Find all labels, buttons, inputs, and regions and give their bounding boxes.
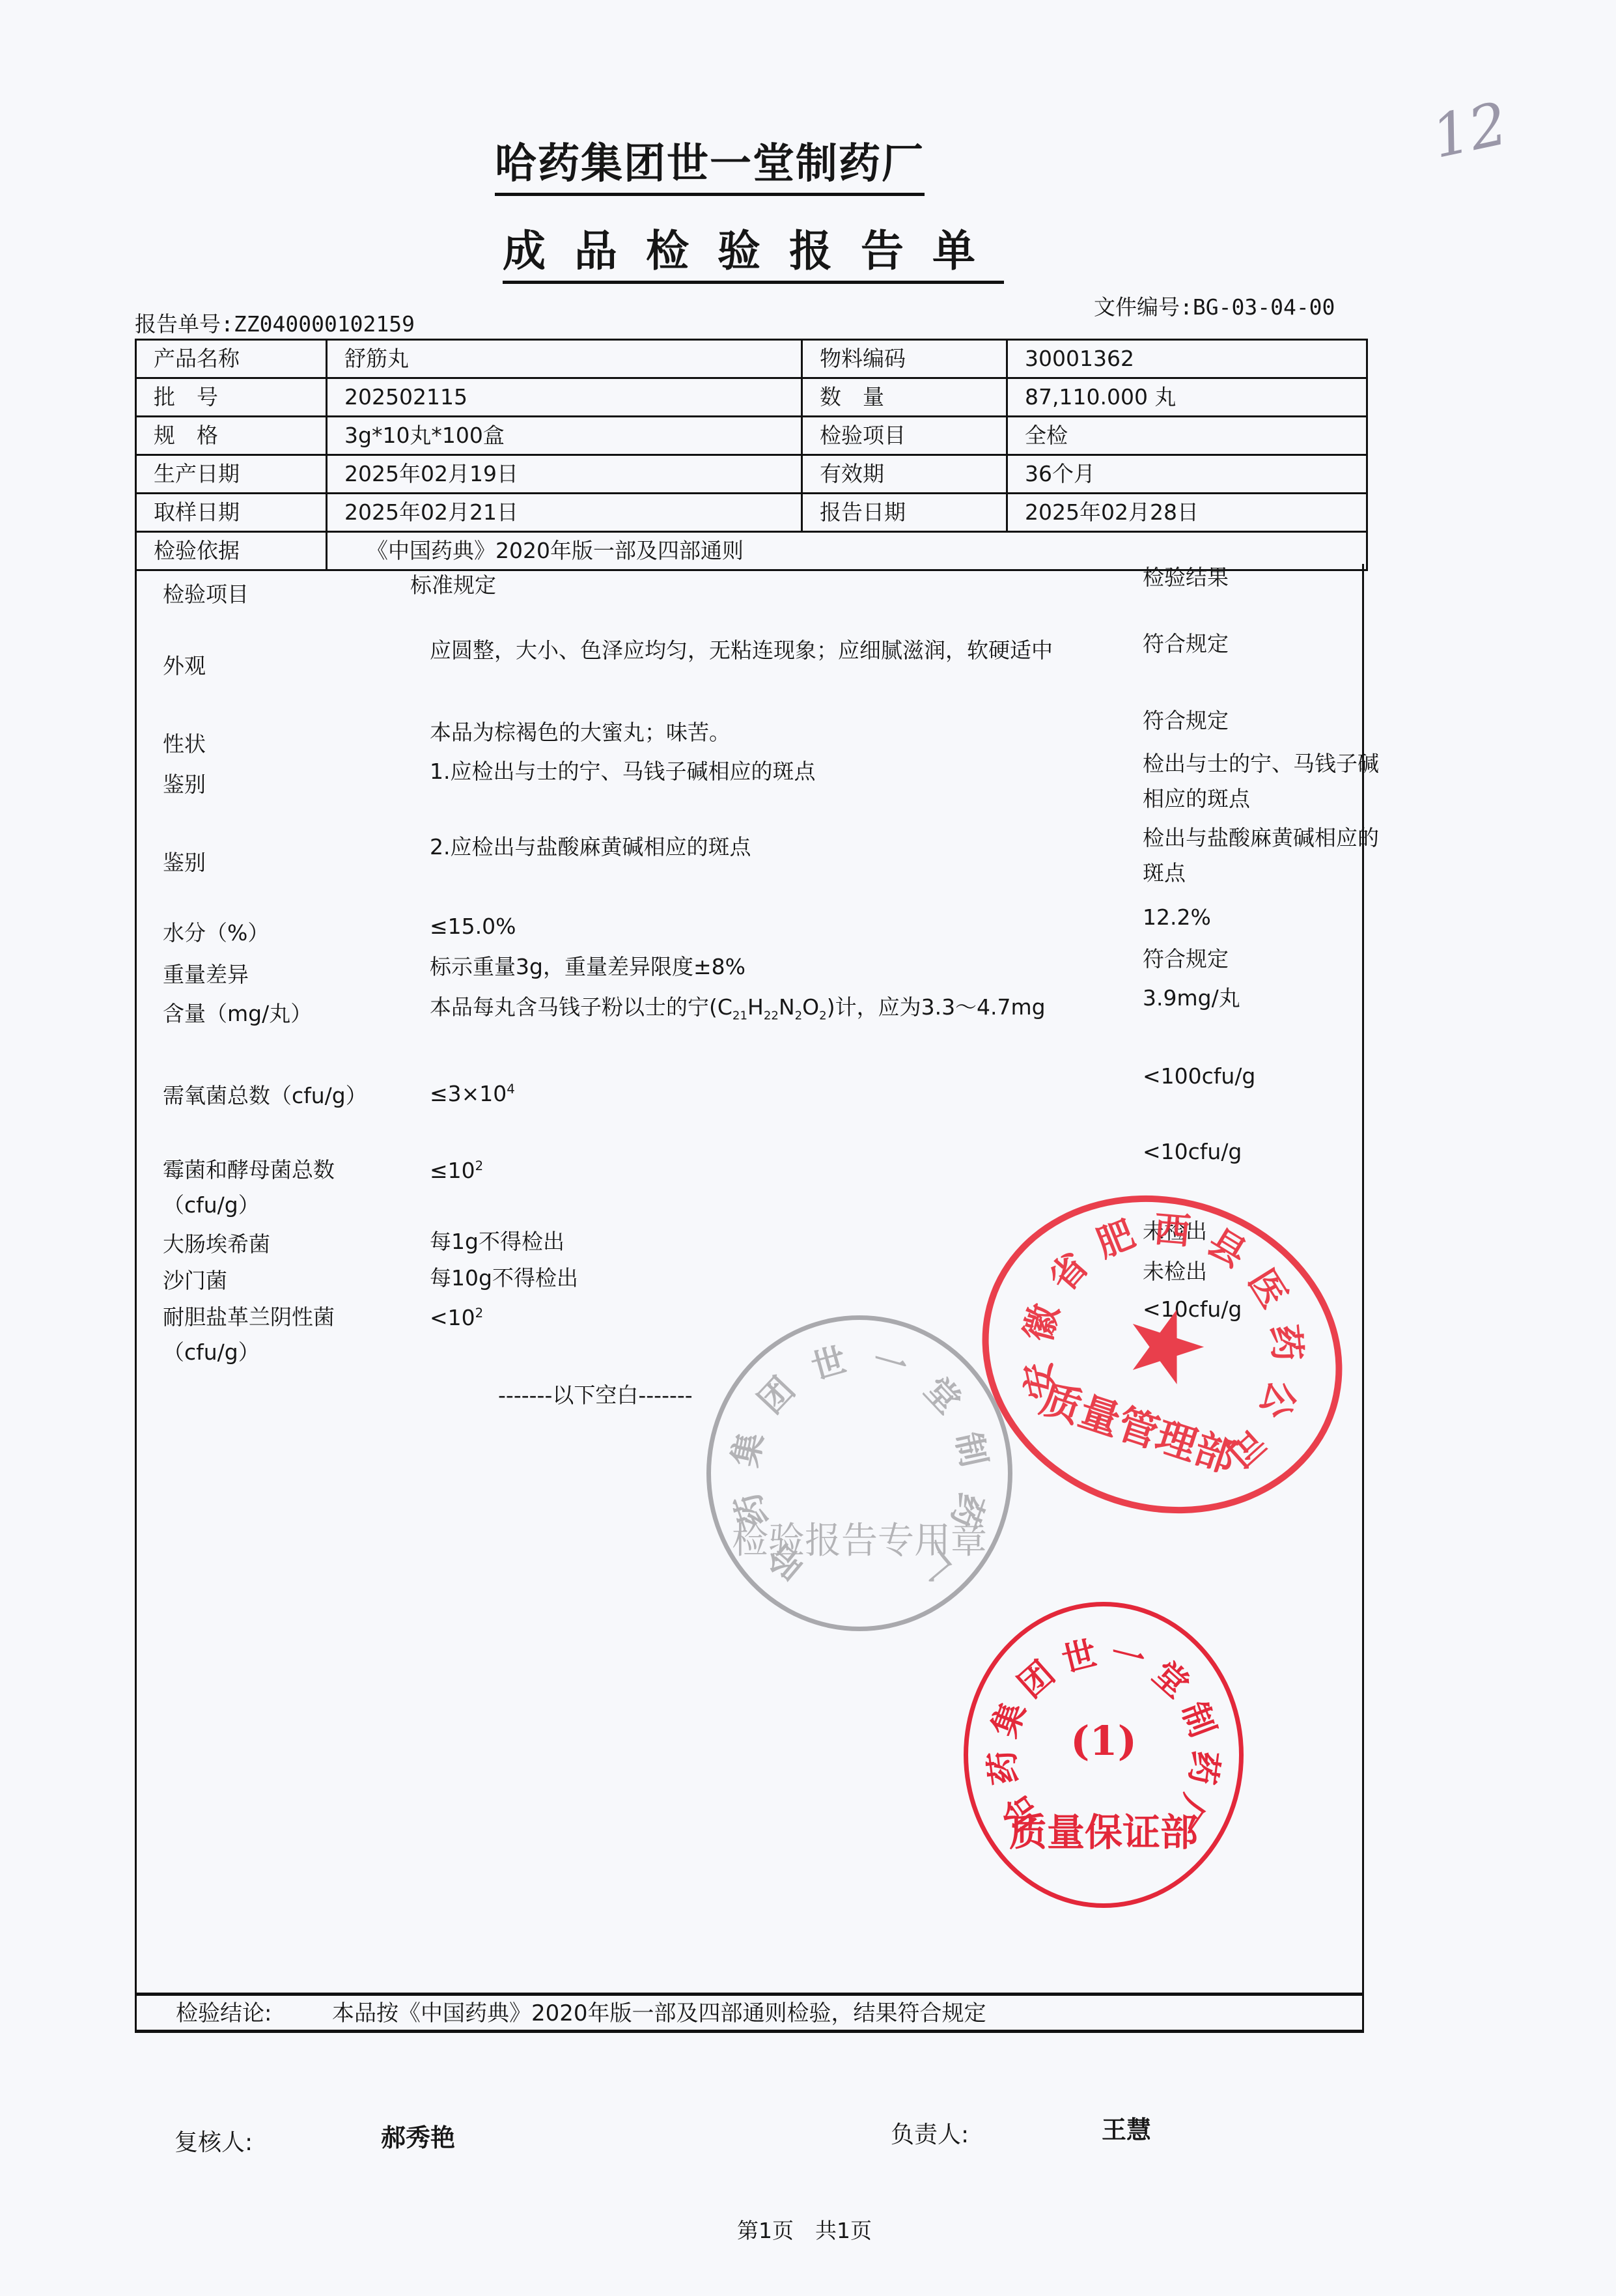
test-standard-assay: 本品每丸含马钱子粉以士的宁(C21H22N2O2)计，应为3.3～4.7mg [430,990,1081,1034]
label-shelf-life: 有效期 [803,456,1008,492]
label-production-date: 生产日期 [137,456,327,492]
value-batch-no: 202502115 [327,379,803,415]
label-sampling-date: 取样日期 [137,494,327,531]
test-standard-character: 本品为棕褐色的大蜜丸；味苦。 [430,715,1087,750]
value-quantity: 87,110.000 丸 [1008,379,1366,415]
inspection-report-seal: 哈药集团世一堂制药厂 检验报告专用章 [706,1315,1012,1631]
test-item-e-coli: 大肠埃希菌 [163,1227,378,1262]
label-batch-no: 批 号 [137,379,327,415]
column-header-result: 检验结果 [1143,560,1384,595]
label-material-code: 物料编码 [803,341,1008,377]
seal-ring-char: 团 [1005,1647,1063,1707]
info-row-sampling-date: 取样日期 2025年02月21日 报告日期 2025年02月28日 [137,494,1366,533]
info-row-product: 产品名称 舒筋丸 物料编码 30001362 [137,341,1366,379]
value-production-date: 2025年02月19日 [327,456,803,492]
conclusion-label: 检验结论: [176,1996,272,2031]
value-sampling-date: 2025年02月21日 [327,494,803,531]
test-standard-appearance: 应圆整，大小、色泽应均匀，无粘连现象；应细腻滋润，软硬适中 [430,633,1081,668]
label-specification: 规 格 [137,417,327,454]
mold-limit-base: ≤10 [430,1158,475,1183]
seal-ring-text: 哈药集团世一堂制药厂 [711,1320,1008,1627]
seal-ring-char: 医 [1238,1258,1302,1317]
report-number-label: 报告单号: [135,311,234,337]
reviewer-label: 复核人: [174,2124,253,2157]
test-result-assay: 3.9mg/丸 [1143,981,1384,1016]
seal-ring-char: 一 [868,1332,913,1388]
test-result-identification-1: 检出与士的宁、马钱子碱相应的斑点 [1143,746,1384,817]
test-item-identification-2: 鉴别 [163,845,378,880]
label-product-name: 产品名称 [137,341,327,377]
test-item-aerobic-count: 需氧菌总数（cfu/g） [163,1078,358,1113]
seal-ring-char: 县 [1199,1214,1257,1278]
column-header-item: 检验项目 [163,577,378,612]
test-result-weight-variation: 符合规定 [1143,942,1384,977]
seal-ring-char: 一 [1106,1626,1150,1681]
seal-ring-char: 堂 [1144,1647,1202,1707]
test-result-appearance: 符合规定 [1143,626,1384,662]
responsible-label: 负责人: [891,2116,969,2149]
test-item-mold-yeast-count: 霉菌和酵母菌总数（cfu/g） [163,1153,384,1223]
formula-o: O [802,994,819,1020]
responsible-name: 王慧 [1102,2110,1151,2146]
formula-c-count: 21 [732,1009,747,1023]
test-item-bile-tolerant-gram-negative: 耐胆盐革兰阴性菌（cfu/g） [163,1300,384,1370]
product-info-grid: 产品名称 舒筋丸 物料编码 30001362 批 号 202502115 数 量… [135,339,1368,571]
seal-ring-char: 集 [717,1427,772,1470]
value-product-name: 舒筋丸 [327,341,803,377]
column-header-standard: 标准规定 [410,568,1068,603]
formula-n-count: 2 [795,1009,803,1023]
report-number: 报告单号:ZZ040000102159 [135,307,415,338]
formula-o-count: 2 [819,1009,827,1023]
test-item-moisture: 水分（%） [163,916,378,951]
formula-n: N [779,994,795,1020]
seal-ring-char: 徽 [1010,1298,1070,1346]
test-item-assay: 含量（mg/丸） [163,996,378,1031]
value-report-date: 2025年02月28日 [1008,494,1366,531]
value-shelf-life: 36个月 [1008,456,1366,492]
label-inspection-scope: 检验项目 [803,417,1008,454]
info-row-batch: 批 号 202502115 数 量 87,110.000 丸 [137,379,1366,417]
page-footer: 第1页 共1页 [737,2214,872,2245]
test-standard-e-coli: 每1g不得检出 [430,1224,1087,1259]
formula-h: H [747,994,764,1020]
value-material-code: 30001362 [1008,341,1366,377]
value-specification: 3g*10丸*100盒 [327,417,803,454]
seal-ring-char: 公 [1249,1374,1311,1427]
aerobic-limit-exponent: 4 [507,1082,515,1097]
reviewer-name: 郝秀艳 [381,2118,455,2153]
test-result-moisture: 12.2% [1143,900,1384,935]
conclusion-row: 检验结论: 本品按《中国药典》2020年版一部及四部通则检验，结果符合规定 [135,1993,1364,2033]
test-result-mold-yeast-count: <10cfu/g [1143,1134,1384,1169]
seal-ring-char: 药 [1261,1322,1316,1363]
assay-standard-range: )计，应为3.3～4.7mg [827,994,1046,1020]
test-result-identification-2: 检出与盐酸麻黄碱相应的斑点 [1143,820,1384,891]
test-standard-weight-variation: 标示重量3g，重量差异限度±8% [430,949,1087,985]
seal-bottom-text: 质量保证部 [968,1802,1239,1856]
info-row-production-date: 生产日期 2025年02月19日 有效期 36个月 [137,456,1366,494]
label-quantity: 数 量 [803,379,1008,415]
test-item-identification-1: 鉴别 [163,767,378,802]
test-standard-moisture: ≤15.0% [430,909,1087,944]
test-item-salmonella: 沙门菌 [163,1263,378,1298]
conclusion-value: 本品按《中国药典》2020年版一部及四部通则检验，结果符合规定 [332,1996,986,2031]
aerobic-limit-base: ≤3×10 [430,1081,507,1106]
test-standard-salmonella: 每10g不得检出 [430,1261,1087,1296]
file-number: 文件编号:BG-03-04-00 [1094,290,1335,321]
gram-negative-limit-base: <10 [430,1305,475,1330]
seal-ring-char: 西 [1152,1201,1193,1255]
file-number-label: 文件编号: [1094,294,1193,320]
formula-c: C [717,994,732,1020]
qa-department-seal: 哈药集团世一堂制药厂 (1) 质量保证部 [964,1602,1244,1908]
assay-standard-text: 本品每丸含马钱子粉以士的宁( [430,994,717,1020]
strychnine-formula: C21H22N2O2 [717,994,827,1020]
label-report-date: 报告日期 [803,494,1008,531]
seal-ring-char: 省 [1035,1240,1098,1302]
seal-center-text: 检验报告专用章 [711,1512,1008,1564]
test-standard-identification-2: 2.应检出与盐酸麻黄碱相应的斑点 [430,830,1087,865]
info-row-spec: 规 格 3g*10丸*100盒 检验项目 全检 [137,417,1366,456]
company-title: 哈药集团世一堂制药厂 [495,130,925,196]
test-standard-identification-1: 1.应检出与士的宁、马钱子碱相应的斑点 [430,754,1087,789]
handwritten-page-number: 12 [1426,89,1513,172]
seal-ring-char: 肥 [1088,1206,1141,1268]
report-title: 成品检验报告单 [503,216,1004,284]
formula-h-count: 22 [764,1009,779,1023]
gram-negative-limit-exponent: 2 [475,1306,484,1321]
test-item-weight-variation: 重量差异 [163,957,378,992]
test-item-appearance: 外观 [163,649,378,684]
report-number-value: ZZ040000102159 [234,311,415,337]
test-standard-aerobic-count: ≤3×104 [430,1072,1087,1112]
seal-ring-char: 世 [805,1332,851,1388]
value-inspection-scope: 全检 [1008,417,1366,454]
test-result-character: 符合规定 [1143,703,1384,738]
seal-number: (1) [968,1717,1239,1765]
seal-ring-char: 世 [1056,1626,1100,1681]
test-standard-mold-yeast-count: ≤102 [430,1149,1087,1188]
mold-limit-exponent: 2 [475,1158,484,1173]
seal-ring-char: 团 [745,1364,803,1421]
test-item-character: 性状 [163,727,378,762]
blank-below-marker: -------以下空白------- [498,1378,693,1413]
test-result-aerobic-count: <100cfu/g [1143,1059,1384,1094]
file-number-value: BG-03-04-00 [1193,294,1335,320]
